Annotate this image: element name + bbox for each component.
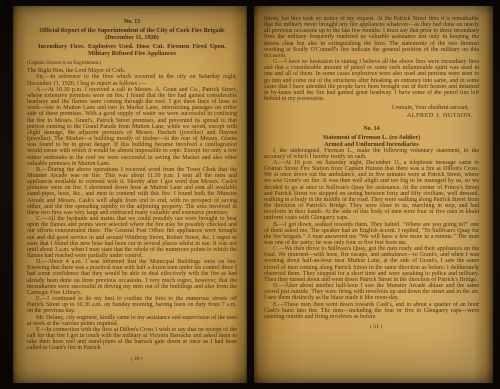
- statement-intro: I, the undersigned, Fireman L., make the…: [264, 148, 479, 160]
- right-page-content: Street, but they took no notice of my re…: [254, 6, 493, 330]
- statement-subtitle: Armed and Uniformed Incendiaries: [264, 141, 479, 148]
- paragraph-a: A.—At 10.30 p.m. I received a call to Me…: [27, 87, 237, 167]
- statement-number: No. 14: [264, 126, 479, 132]
- paragraph-continuation: Street, but they took no notice of my re…: [264, 16, 479, 59]
- left-page-content: No. 13 Official Report of the Superinten…: [13, 6, 247, 362]
- statement-paragraph-e: E.—These men then went down towards Cash…: [264, 302, 479, 320]
- report-note: (Captain Hutson is an Englishman.): [27, 60, 237, 66]
- paragraph-g: G.—I have no hesitation in stating I bel…: [264, 59, 479, 102]
- statement-title: Statement of Fireman L. (ex-Soldier): [264, 134, 479, 141]
- paragraph-e: E.—I continued to do my best to confine …: [27, 296, 237, 314]
- report-subtitle-line2: Military Refused Fire Appliances: [27, 50, 237, 57]
- paragraph-sir: Sir,—In reference to the fires which occ…: [27, 74, 237, 86]
- paragraph-f: F.—In connection with the fires at Dillo…: [27, 327, 237, 352]
- statement-paragraph-d: D.—After about another half-hour I saw t…: [264, 283, 479, 301]
- left-page: No. 13 Official Report of the Superinten…: [13, 6, 247, 383]
- paragraph-b: B.—During the above operations I receive…: [27, 167, 237, 216]
- statement-paragraph-c: C.—We then drove to Sullivan's Quay, got…: [264, 246, 479, 283]
- report-date: (December 11, 1920): [27, 34, 237, 41]
- statement-paragraph-a: A.—At 10 p.m. on Saturday night, Decembe…: [264, 160, 479, 222]
- signature-name: ALFRED J. HUTSON.: [264, 113, 479, 119]
- paragraph-delany: Mr. Delany, city engineer, kindly came t…: [27, 315, 237, 327]
- paragraph-c: C.—All the hydrants and mains that we co…: [27, 216, 237, 259]
- report-subtitle-line1: Incendiary Fires. Explosives Used. Hose …: [27, 43, 237, 50]
- report-number: No. 13: [27, 19, 237, 25]
- paragraph-d: D.—About 4 a.m. I was informed that the …: [27, 259, 237, 296]
- book-spread: No. 13 Official Report of the Superinten…: [0, 0, 500, 389]
- left-page-number: ( 30 ): [27, 356, 237, 362]
- report-title: Official Report of the Superintendent of…: [27, 27, 237, 34]
- signoff-line: I remain, Your obedient servant,: [264, 105, 479, 111]
- right-page: Street, but they took no notice of my re…: [254, 6, 493, 383]
- statement-paragraph-b: B.—I got down, walked towards them. They…: [264, 222, 479, 247]
- right-page-number: ( 31 ): [264, 324, 479, 330]
